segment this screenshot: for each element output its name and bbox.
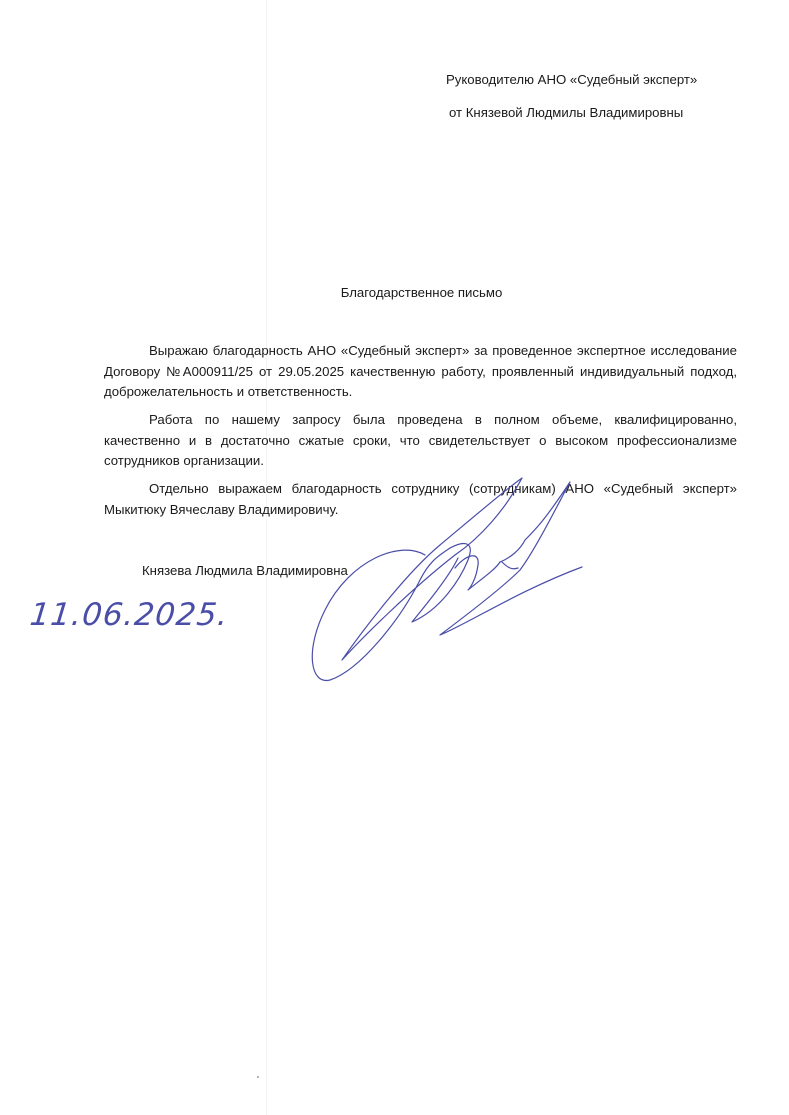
letter-page: Руководителю АНО «Судебный эксперт» от К… <box>0 0 789 1115</box>
scan-speck <box>257 1076 259 1078</box>
signature-icon <box>290 470 600 700</box>
letter-title: Благодарственное письмо <box>0 285 789 301</box>
handwritten-date: 11.06.2025. <box>28 598 230 632</box>
addressee-line: Руководителю АНО «Судебный эксперт» <box>446 72 697 88</box>
scan-fold-line <box>266 0 267 1115</box>
paragraph-work-quality: Работа по нашему запросу была проведена … <box>104 410 737 472</box>
scan-speck <box>377 487 379 489</box>
sender-line: от Князевой Людмилы Владимировны <box>449 105 683 121</box>
paragraph-gratitude: Выражаю благодарность АНО «Судебный эксп… <box>104 341 737 403</box>
